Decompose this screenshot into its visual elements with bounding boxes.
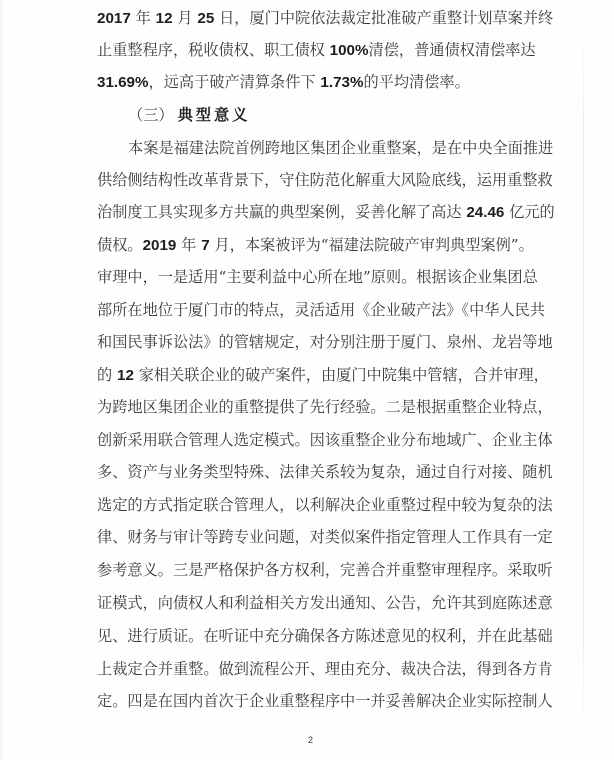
text-fragment: 亿元的 bbox=[504, 203, 554, 221]
text-line: 选定的方式指定联合管理人，以利解决企业重整过程中较为复杂的法 bbox=[97, 493, 528, 517]
text-line: 审理中，一是适用“主要利益中心所在地”原则。根据该企业集团总 bbox=[97, 265, 528, 289]
text-line: 供给侧结构性改革背景下，守住防范化解重大风险底线，运用重整救 bbox=[97, 168, 528, 192]
text-fragment: 年 bbox=[131, 9, 156, 27]
text-line: 治制度工具实现多方共赢的典型案例，妥善化解了高达 24.46 亿元的 bbox=[97, 200, 528, 224]
percentage-value: 1.73% bbox=[320, 74, 363, 91]
scan-artifact-line bbox=[583, 20, 584, 740]
year-number: 2019 bbox=[143, 237, 177, 254]
text-fragment: 治制度工具实现多方共赢的典型案例，妥善化解了高达 bbox=[97, 203, 466, 221]
text-line: 部所在地位于厦门市的特点，灵活适用《企业破产法》《中华人民共 bbox=[97, 298, 528, 322]
document-page: 2017 年 12 月 25 日，厦门中院依法裁定批准破产重整计划草案并终 止重… bbox=[0, 0, 614, 760]
text-fragment: 家相关联企业的破产案件，由厦门中院集中管辖，合并审理， bbox=[134, 366, 549, 384]
text-line: 的 12 家相关联企业的破产案件，由厦门中院集中管辖，合并审理， bbox=[97, 363, 528, 387]
text-fragment: 月 bbox=[173, 9, 198, 27]
text-line: 31.69%，远高于破产清算条件下 1.73%的平均清偿率。 bbox=[97, 70, 528, 94]
text-line: 参考意义。三是严格保护各方权利，完善合并重整审理程序。采取听 bbox=[97, 558, 528, 582]
month-number: 12 bbox=[156, 10, 173, 27]
text-fragment: 月，本案被评为“福建法院破产审判典型案例”。 bbox=[210, 236, 534, 254]
text-line: 见、进行质证。在听证中充分确保各方陈述意见的权利，并在此基础 bbox=[97, 624, 528, 648]
text-line: 本案是福建法院首例跨地区集团企业重整案，是在中央全面推进 bbox=[128, 136, 528, 160]
text-line: 律、财务与审计等跨专业问题，对类似案件指定管理人工作具有一定 bbox=[97, 525, 528, 549]
text-fragment: 清偿，普通债权清偿率达 bbox=[369, 41, 536, 59]
section-heading: （三）典型意义 bbox=[128, 103, 250, 127]
text-fragment: 的 bbox=[97, 366, 117, 384]
text-fragment: ，远高于破产清算条件下 bbox=[149, 73, 321, 91]
month-number: 7 bbox=[201, 237, 209, 254]
text-line: 创新采用联合管理人选定模式。因该重整企业分布地域广、企业主体 bbox=[97, 428, 528, 452]
text-line: 债权。2019 年 7 月，本案被评为“福建法院破产审判典型案例”。 bbox=[97, 233, 528, 257]
percentage-value: 100% bbox=[330, 42, 369, 59]
text-line: 2017 年 12 月 25 日，厦门中院依法裁定批准破产重整计划草案并终 bbox=[97, 6, 528, 30]
text-line: 止重整程序，税收债权、职工债权 100%清偿，普通债权清偿率达 bbox=[97, 38, 528, 62]
text-line: 和国民事诉讼法》的管辖规定，对分别注册于厦门、泉州、龙岩等地 bbox=[97, 330, 528, 354]
text-line: 为跨地区集团企业的重整提供了先行经验。二是根据重整企业特点， bbox=[97, 395, 528, 419]
amount-value: 24.46 bbox=[466, 204, 504, 221]
text-fragment: 的平均清偿率。 bbox=[363, 73, 469, 91]
scan-shadow-left bbox=[0, 0, 4, 760]
text-line: 多、资产与业务类型特殊、法律关系较为复杂，通过自行对接、随机 bbox=[97, 460, 528, 484]
year-number: 2017 bbox=[97, 10, 131, 27]
text-fragment: 债权。 bbox=[97, 236, 143, 254]
text-fragment: 年 bbox=[176, 236, 201, 254]
section-title: 典型意义 bbox=[178, 106, 251, 124]
section-number: （三） bbox=[128, 106, 174, 124]
percentage-value: 31.69% bbox=[97, 74, 149, 91]
text-line: 定。四是在国内首次于企业重整程序中一并妥善解决企业实际控制人 bbox=[97, 689, 528, 713]
page-number: 2 bbox=[308, 735, 313, 745]
text-fragment: 日，厦门中院依法裁定批准破产重整计划草案并终 bbox=[214, 9, 553, 27]
text-fragment: 止重整程序，税收债权、职工债权 bbox=[97, 41, 330, 59]
text-line: 证模式，向债权人和利益相关方发出通知、公告，允许其到庭陈述意 bbox=[97, 591, 528, 615]
day-number: 25 bbox=[197, 10, 214, 27]
text-line: 上裁定合并重整。做到流程公开、理由充分、裁决合法，得到各方肯 bbox=[97, 657, 528, 681]
count-value: 12 bbox=[117, 367, 134, 384]
